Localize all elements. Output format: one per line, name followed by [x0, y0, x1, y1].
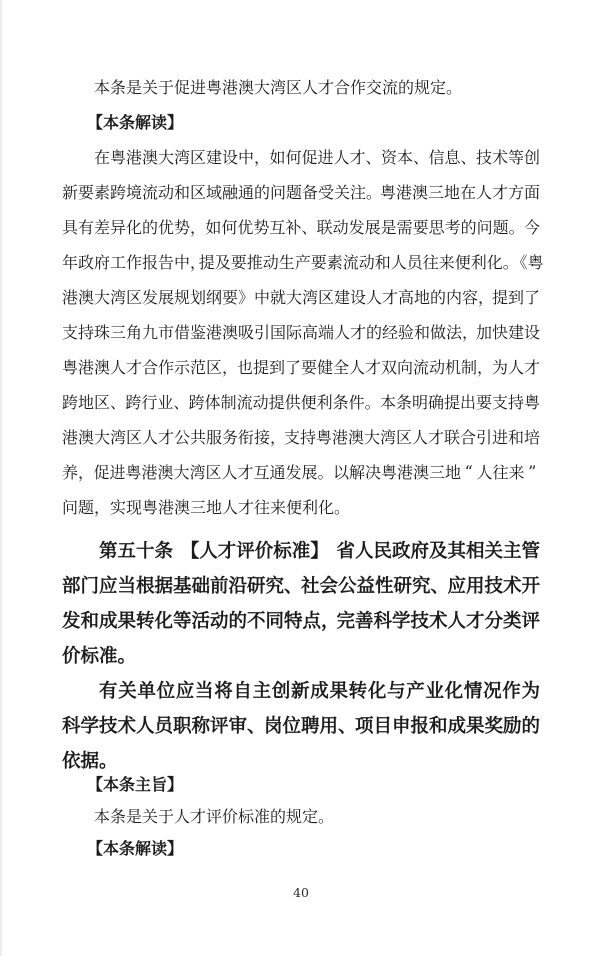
- article-text-line: 价标准。: [62, 637, 540, 672]
- body-text-line: 支持珠三角九市借鉴港澳吸引国际高端人才的经验和做法，加快建设: [62, 314, 540, 349]
- article-text-line: 有关单位应当将自主创新成果转化与产业化情况作为: [62, 672, 540, 707]
- body-text-line: 新要素跨境流动和区域融通的问题备受关注。粤港澳三地在人才方面: [62, 174, 540, 209]
- body-text-line: 养，促进粤港澳大湾区人才互通发展。以解决粤港澳三地“人往来”: [62, 454, 540, 489]
- body-text-line: 港澳大湾区人才公共服务衔接，支持粤港澳大湾区人才联合引进和培: [62, 419, 540, 454]
- page-number: 40: [2, 885, 600, 900]
- body-text-line: 在粤港澳大湾区建设中，如何促进人才、资本、信息、技术等创: [62, 139, 540, 174]
- article-text-line: 第五十条 【人才评价标准】 省人民政府及其相关主管: [62, 532, 540, 567]
- article-text-line: 部门应当根据基础前沿研究、社会公益性研究、应用技术开: [62, 567, 540, 602]
- body-text-line: 具有差异化的优势，如何优势互补、联动发展是需要思考的问题。今: [62, 209, 540, 244]
- body-text-line: 年政府工作报告中，提及要推动生产要素流动和人员往来便利化。《粤: [62, 244, 540, 279]
- body-text-line: 本条是关于促进粤港澳大湾区人才合作交流的规定。: [62, 69, 540, 104]
- section-header: 【本条主旨】: [62, 767, 540, 799]
- body-text-line: 粤港澳人才合作示范区，也提到了要健全人才双向流动机制，为人才: [62, 349, 540, 384]
- body-text-line: 港澳大湾区发展规划纲要》中就大湾区建设人才高地的内容，提到了: [62, 279, 540, 314]
- article-text-line: 发和成果转化等活动的不同特点，完善科学技术人才分类评: [62, 602, 540, 637]
- body-text-line: 问题，实现粤港澳三地人才往来便利化。: [62, 489, 540, 524]
- body-text-line: 本条是关于人才评价标准的规定。: [62, 799, 540, 831]
- section-header: 【本条解读】: [62, 831, 540, 863]
- article-text-line: 科学技术人员职称评审、岗位聘用、项目申报和成果奖励的: [62, 707, 540, 742]
- document-page: { "document": { "page_number": "40", "li…: [0, 0, 600, 956]
- section-header: 【本条解读】: [62, 104, 540, 139]
- body-text-line: 跨地区、跨行业、跨体制流动提供便利条件。本条明确提出要支持粤: [62, 384, 540, 419]
- document-content: 本条是关于促进粤港澳大湾区人才合作交流的规定。【本条解读】在粤港澳大湾区建设中，…: [2, 0, 600, 863]
